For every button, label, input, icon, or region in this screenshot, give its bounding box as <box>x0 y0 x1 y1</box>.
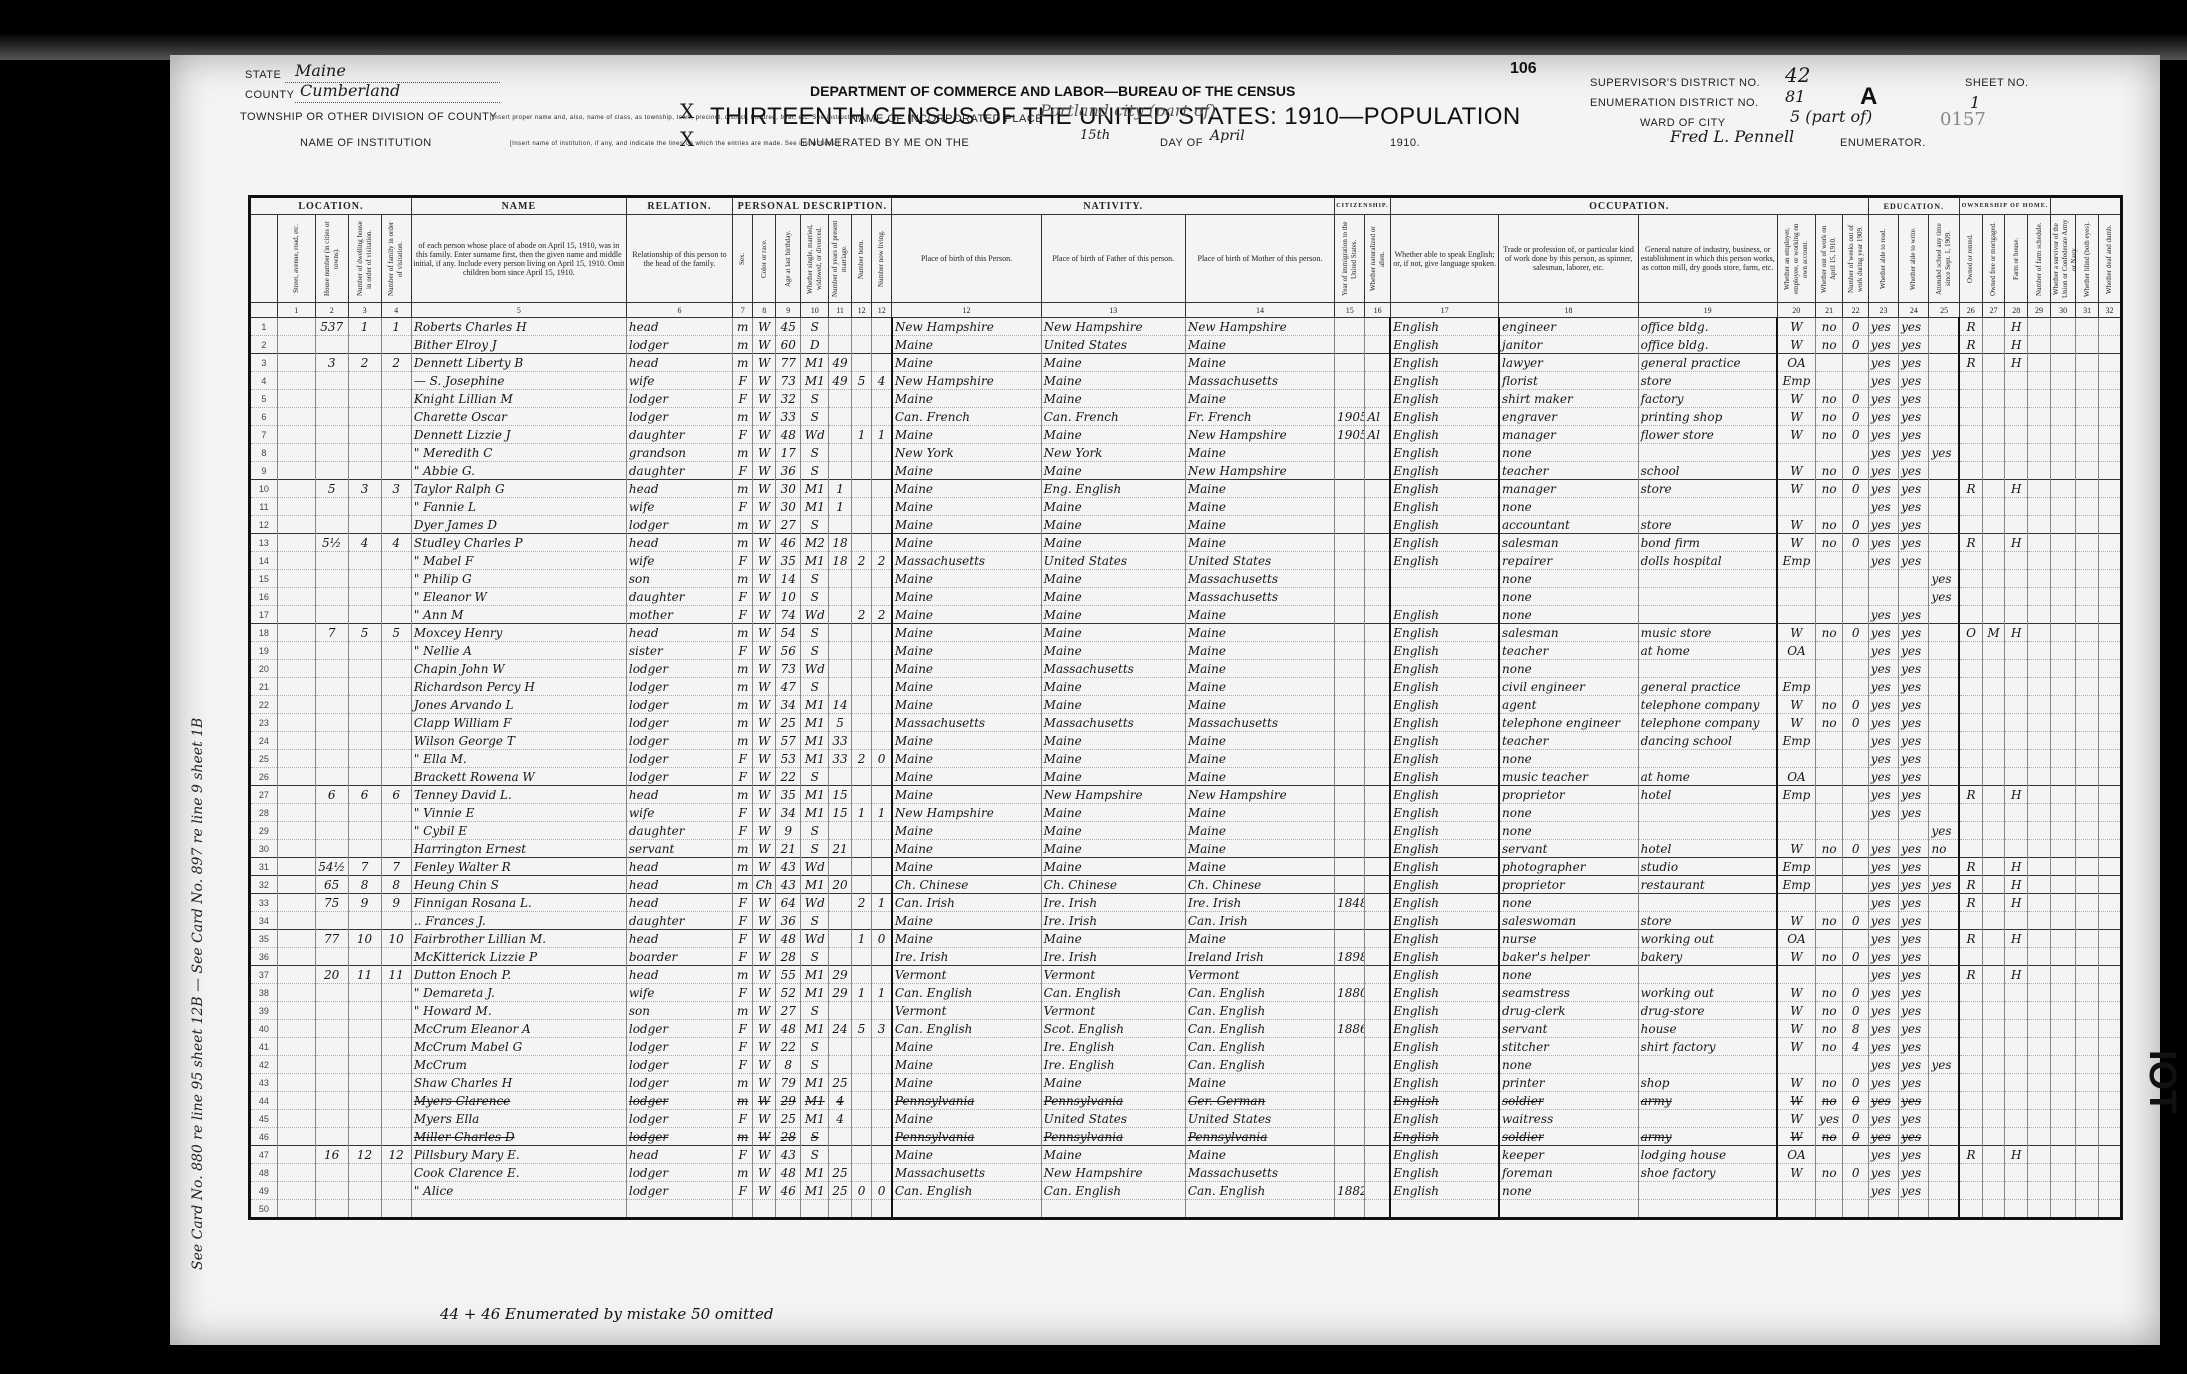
cell-trade: music teacher <box>1499 768 1638 786</box>
cell-own <box>1959 462 1982 480</box>
cell-house: 20 <box>315 966 348 984</box>
cell-own <box>1959 426 1982 444</box>
cell-free <box>1982 930 2005 948</box>
cell-age: 35 <box>776 786 801 804</box>
cell-relation: daughter <box>626 462 732 480</box>
cell-sex: m <box>733 732 753 750</box>
cell-free <box>1982 678 2005 696</box>
cell-blind <box>2076 552 2099 570</box>
cell-line: 49 <box>250 1182 278 1200</box>
cell-pob: Maine <box>892 624 1041 642</box>
cell-write: yes <box>1899 498 1929 516</box>
cell-sex: F <box>733 372 753 390</box>
cell-class: W <box>1777 912 1815 930</box>
cell-sex: m <box>733 678 753 696</box>
cell-weeks: 0 <box>1843 390 1868 408</box>
group-location: LOCATION. <box>250 197 412 215</box>
cell-pob: Pennsylvania <box>892 1092 1041 1110</box>
cell-school <box>1929 858 1959 876</box>
cell-line: 46 <box>250 1128 278 1146</box>
cell-living <box>872 462 892 480</box>
cell-read: yes <box>1868 408 1898 426</box>
cell-pob: Maine <box>892 498 1041 516</box>
cell-house: 16 <box>315 1146 348 1164</box>
cell-blind <box>2076 1200 2099 1219</box>
cell-pob_f: Maine <box>1041 588 1185 606</box>
cell-nat <box>1365 768 1390 786</box>
cell-yrs: 33 <box>829 750 852 768</box>
cell-line: 26 <box>250 768 278 786</box>
cell-nat <box>1365 1146 1390 1164</box>
cell-sex: F <box>733 1182 753 1200</box>
cell-relation: daughter <box>626 426 732 444</box>
cell-fh <box>2005 1110 2028 1128</box>
cell-born <box>851 1110 871 1128</box>
cell-read: yes <box>1868 1074 1898 1092</box>
cell-yrs <box>829 1056 852 1074</box>
cell-family <box>381 552 411 570</box>
cell-weeks <box>1843 570 1868 588</box>
cell-nat <box>1365 750 1390 768</box>
cell-age: 27 <box>776 516 801 534</box>
cell-deaf <box>2098 498 2121 516</box>
cell-family <box>381 1074 411 1092</box>
cell-weeks: 0 <box>1843 426 1868 444</box>
cell-living <box>872 318 892 336</box>
cell-trade: none <box>1499 498 1638 516</box>
cell-deaf <box>2098 1200 2121 1219</box>
cell-street <box>277 588 315 606</box>
cell-born <box>851 876 871 894</box>
cell-living <box>872 1200 892 1219</box>
cell-marital: S <box>801 1038 829 1056</box>
cell-own <box>1959 678 1982 696</box>
cell-name: McCrum <box>411 1056 626 1074</box>
cell-pob_f: Maine <box>1041 930 1185 948</box>
cell-imm <box>1335 552 1365 570</box>
cell-living <box>872 660 892 678</box>
cell-blind <box>2076 966 2099 984</box>
table-row: 15" Philip GsonmW14SMaineMaineMassachuse… <box>250 570 2122 588</box>
cell-read: yes <box>1868 840 1898 858</box>
cell-read: yes <box>1868 372 1898 390</box>
cell-line: 42 <box>250 1056 278 1074</box>
cell-industry: drug-store <box>1638 1002 1777 1020</box>
cell-out <box>1815 750 1843 768</box>
cell-nat <box>1365 912 1390 930</box>
cell-sex: m <box>733 1092 753 1110</box>
cell-race: W <box>753 966 776 984</box>
cell-house <box>315 516 348 534</box>
cell-lang: English <box>1390 336 1499 354</box>
cell-free <box>1982 480 2005 498</box>
cell-write: yes <box>1899 1056 1929 1074</box>
cell-age: 53 <box>776 750 801 768</box>
cell-sched <box>2028 408 2051 426</box>
cell-lang: English <box>1390 912 1499 930</box>
cell-pob_m: Ire. Irish <box>1185 894 1334 912</box>
cell-out: no <box>1815 390 1843 408</box>
cell-read: yes <box>1868 1128 1898 1146</box>
cell-lang: English <box>1390 1020 1499 1038</box>
cell-nat <box>1365 1092 1390 1110</box>
cell-free <box>1982 642 2005 660</box>
cell-age: 29 <box>776 1092 801 1110</box>
cell-age: 46 <box>776 534 801 552</box>
cell-living: 2 <box>872 606 892 624</box>
cell-sched <box>2028 1002 2051 1020</box>
cell-marital: S <box>801 390 829 408</box>
cell-pob_f: Vermont <box>1041 1002 1185 1020</box>
cell-fh <box>2005 606 2028 624</box>
cell-write: yes <box>1899 750 1929 768</box>
cell-family <box>381 750 411 768</box>
cell-yrs: 29 <box>829 984 852 1002</box>
cell-street <box>277 696 315 714</box>
cell-age: 10 <box>776 588 801 606</box>
cell-fh <box>2005 462 2028 480</box>
cell-dwelling: 6 <box>348 786 381 804</box>
cell-dwelling <box>348 606 381 624</box>
cell-name: Heung Chin S <box>411 876 626 894</box>
cell-industry: store <box>1638 912 1777 930</box>
cell-industry: office bldg. <box>1638 336 1777 354</box>
cell-pob: Can. French <box>892 408 1041 426</box>
cell-own <box>1959 912 1982 930</box>
cell-sched <box>2028 840 2051 858</box>
cell-own <box>1959 750 1982 768</box>
cell-pob_m: Can. Irish <box>1185 912 1334 930</box>
cell-marital: S <box>801 1146 829 1164</box>
cell-deaf <box>2098 912 2121 930</box>
cell-name: Fairbrother Lillian M. <box>411 930 626 948</box>
cell-line: 19 <box>250 642 278 660</box>
cell-weeks <box>1843 876 1868 894</box>
cell-fh <box>2005 570 2028 588</box>
cell-read: yes <box>1868 1164 1898 1182</box>
cell-house <box>315 732 348 750</box>
cell-line: 30 <box>250 840 278 858</box>
cell-nat <box>1365 624 1390 642</box>
cell-weeks <box>1843 732 1868 750</box>
cell-imm <box>1335 696 1365 714</box>
cell-free: M <box>1982 624 2005 642</box>
cell-age: 45 <box>776 318 801 336</box>
cell-write: yes <box>1899 1038 1929 1056</box>
cell-imm <box>1335 498 1365 516</box>
cell-industry: hotel <box>1638 786 1777 804</box>
cell-industry <box>1638 444 1777 462</box>
cell-street <box>277 1182 315 1200</box>
cell-race: W <box>753 732 776 750</box>
cell-sched <box>2028 552 2051 570</box>
cell-class: W <box>1777 462 1815 480</box>
cell-write: yes <box>1899 354 1929 372</box>
cell-sex: m <box>733 840 753 858</box>
cell-pob_f: Maine <box>1041 804 1185 822</box>
state-label: STATE <box>245 69 281 81</box>
cell-write: yes <box>1899 1110 1929 1128</box>
cell-age: 30 <box>776 498 801 516</box>
cell-family <box>381 1182 411 1200</box>
table-row: 44Myers ClarencelodgermW29M14Pennsylvani… <box>250 1092 2122 1110</box>
cell-free <box>1982 552 2005 570</box>
institution-instruction: [Insert name of institution, if any, and… <box>510 141 840 147</box>
scan-border-left <box>0 0 175 1374</box>
cell-yrs: 24 <box>829 1020 852 1038</box>
header-dwelling: Number of dwelling house in order of vis… <box>348 215 381 303</box>
cell-vet <box>2050 570 2075 588</box>
cell-weeks <box>1843 372 1868 390</box>
cell-house <box>315 840 348 858</box>
cell-name: Dutton Enoch P. <box>411 966 626 984</box>
cell-pob_m <box>1185 1200 1334 1219</box>
cell-race: W <box>753 660 776 678</box>
cell-industry: army <box>1638 1128 1777 1146</box>
cell-free <box>1982 768 2005 786</box>
cell-pob: Maine <box>892 516 1041 534</box>
cell-school <box>1929 642 1959 660</box>
cell-class: Emp <box>1777 372 1815 390</box>
cell-own: R <box>1959 858 1982 876</box>
cell-living <box>872 768 892 786</box>
cell-sched <box>2028 912 2051 930</box>
cell-born <box>851 732 871 750</box>
cell-street <box>277 426 315 444</box>
cell-relation: sister <box>626 642 732 660</box>
cell-family <box>381 336 411 354</box>
header-birth-self: Place of birth of this Person. <box>892 215 1041 303</box>
cell-write: yes <box>1899 930 1929 948</box>
cell-yrs <box>829 570 852 588</box>
cell-name: Studley Charles P <box>411 534 626 552</box>
cell-sex: m <box>733 480 753 498</box>
cell-school <box>1929 318 1959 336</box>
cell-yrs: 25 <box>829 1182 852 1200</box>
cell-school <box>1929 660 1959 678</box>
cell-school <box>1929 750 1959 768</box>
cell-read: yes <box>1868 1020 1898 1038</box>
cell-house <box>315 1056 348 1074</box>
cell-lang: English <box>1390 804 1499 822</box>
cell-deaf <box>2098 480 2121 498</box>
table-row: 2Bither Elroy JlodgermW60DMaineUnited St… <box>250 336 2122 354</box>
cell-trade: foreman <box>1499 1164 1638 1182</box>
cell-nat <box>1365 696 1390 714</box>
cell-out <box>1815 1182 1843 1200</box>
cell-out: yes <box>1815 1110 1843 1128</box>
cell-weeks <box>1843 678 1868 696</box>
cell-pob: Maine <box>892 336 1041 354</box>
cell-industry: bakery <box>1638 948 1777 966</box>
cell-yrs <box>829 318 852 336</box>
cell-street <box>277 678 315 696</box>
cell-read: yes <box>1868 462 1898 480</box>
cell-class: W <box>1777 390 1815 408</box>
cell-read: yes <box>1868 1056 1898 1074</box>
cell-pob_f: Maine <box>1041 822 1185 840</box>
cell-relation: daughter <box>626 588 732 606</box>
cell-deaf <box>2098 858 2121 876</box>
cell-out <box>1815 678 1843 696</box>
cell-sched <box>2028 804 2051 822</box>
table-row: 24Wilson George TlodgermW57M133MaineMain… <box>250 732 2122 750</box>
cell-pob_m: Maine <box>1185 750 1334 768</box>
cell-imm: 1886 <box>1335 1020 1365 1038</box>
header-birth-father: Place of birth of Father of this person. <box>1041 215 1185 303</box>
cell-out <box>1815 804 1843 822</box>
cell-born <box>851 678 871 696</box>
cell-class <box>1777 570 1815 588</box>
cell-pob_f: Maine <box>1041 750 1185 768</box>
cell-out: no <box>1815 336 1843 354</box>
cell-pob: Maine <box>892 606 1041 624</box>
cell-weeks <box>1843 552 1868 570</box>
cell-deaf <box>2098 966 2121 984</box>
cell-out <box>1815 1056 1843 1074</box>
cell-write: yes <box>1899 606 1929 624</box>
cell-race: W <box>753 408 776 426</box>
cell-industry: general practice <box>1638 354 1777 372</box>
table-row: 7Dennett Lizzie JdaughterFW48Wd11MaineMa… <box>250 426 2122 444</box>
cell-relation: head <box>626 318 732 336</box>
cell-trade: photographer <box>1499 858 1638 876</box>
cell-marital: M1 <box>801 804 829 822</box>
cell-pob_m: Maine <box>1185 1074 1334 1092</box>
cell-trade: none <box>1499 588 1638 606</box>
cell-pob: Maine <box>892 480 1041 498</box>
cell-lang: English <box>1390 984 1499 1002</box>
cell-street <box>277 480 315 498</box>
state-value: Maine <box>295 61 346 80</box>
cell-free <box>1982 1002 2005 1020</box>
cell-relation: lodger <box>626 1164 732 1182</box>
cell-write <box>1899 1200 1929 1219</box>
cell-relation: wife <box>626 804 732 822</box>
cell-pob: Maine <box>892 1038 1041 1056</box>
cell-industry: hotel <box>1638 840 1777 858</box>
cell-deaf <box>2098 822 2121 840</box>
cell-street <box>277 408 315 426</box>
cell-line: 8 <box>250 444 278 462</box>
cell-class <box>1777 606 1815 624</box>
cell-dwelling: 12 <box>348 1146 381 1164</box>
cell-school <box>1929 984 1959 1002</box>
cell-deaf <box>2098 336 2121 354</box>
cell-blind <box>2076 480 2099 498</box>
cell-nat <box>1365 354 1390 372</box>
cell-sex: m <box>733 318 753 336</box>
cell-nat <box>1365 732 1390 750</box>
cell-imm <box>1335 1002 1365 1020</box>
cell-pob: Can. English <box>892 1020 1041 1038</box>
cell-pob_m: Maine <box>1185 1146 1334 1164</box>
cell-sex: F <box>733 1020 753 1038</box>
cell-out <box>1815 552 1843 570</box>
cell-race: W <box>753 948 776 966</box>
cell-deaf <box>2098 768 2121 786</box>
cell-sched <box>2028 372 2051 390</box>
cell-pob_m: Maine <box>1185 804 1334 822</box>
cell-pob: Massachusetts <box>892 1164 1041 1182</box>
cell-weeks <box>1843 822 1868 840</box>
cell-read: yes <box>1868 606 1898 624</box>
cell-house <box>315 1164 348 1182</box>
cell-read: yes <box>1868 318 1898 336</box>
cell-pob_f: Ire. Irish <box>1041 912 1185 930</box>
cell-pob_f: New Hampshire <box>1041 1164 1185 1182</box>
enumerator-label: ENUMERATOR. <box>1840 137 1926 149</box>
cell-lang: English <box>1390 1182 1499 1200</box>
cell-trade: engraver <box>1499 408 1638 426</box>
cell-name: " Eleanor W <box>411 588 626 606</box>
cell-lang: English <box>1390 858 1499 876</box>
cell-age: 48 <box>776 1020 801 1038</box>
cell-weeks <box>1843 750 1868 768</box>
cell-family: 5 <box>381 624 411 642</box>
cell-class: W <box>1777 714 1815 732</box>
cell-pob_f: Maine <box>1041 858 1185 876</box>
cell-dwelling <box>348 948 381 966</box>
cell-relation: boarder <box>626 948 732 966</box>
cell-name: Shaw Charles H <box>411 1074 626 1092</box>
cell-line: 44 <box>250 1092 278 1110</box>
cell-house: 54½ <box>315 858 348 876</box>
cell-lang: English <box>1390 480 1499 498</box>
cell-blind <box>2076 660 2099 678</box>
cell-sched <box>2028 768 2051 786</box>
cell-living <box>872 840 892 858</box>
cell-race: W <box>753 336 776 354</box>
cell-dwelling <box>348 1110 381 1128</box>
cell-family <box>381 768 411 786</box>
cell-pob: Maine <box>892 732 1041 750</box>
table-row: 22Jones Arvando LlodgermW34M114MaineMain… <box>250 696 2122 714</box>
cell-marital: M1 <box>801 1110 829 1128</box>
cell-pob_m: Maine <box>1185 336 1334 354</box>
cell-born <box>851 1002 871 1020</box>
cell-free <box>1982 1020 2005 1038</box>
cell-vet <box>2050 588 2075 606</box>
cell-industry <box>1638 1110 1777 1128</box>
cell-line: 39 <box>250 1002 278 1020</box>
cell-out: no <box>1815 984 1843 1002</box>
cell-school <box>1929 354 1959 372</box>
cell-name: Bither Elroy J <box>411 336 626 354</box>
cell-living <box>872 966 892 984</box>
cell-nat <box>1365 1020 1390 1038</box>
cell-family <box>381 588 411 606</box>
cell-pob: Maine <box>892 462 1041 480</box>
cell-pob_m: Can. English <box>1185 1002 1334 1020</box>
cell-marital: M1 <box>801 1164 829 1182</box>
cell-sched <box>2028 426 2051 444</box>
cell-free <box>1982 984 2005 1002</box>
cell-vet <box>2050 372 2075 390</box>
cell-sex: F <box>733 804 753 822</box>
table-row: 10533Taylor Ralph GheadmW30M11MaineEng. … <box>250 480 2122 498</box>
cell-weeks: 0 <box>1843 480 1868 498</box>
cell-nat <box>1365 498 1390 516</box>
cell-vet <box>2050 876 2075 894</box>
cell-age: 79 <box>776 1074 801 1092</box>
cell-dwelling <box>348 516 381 534</box>
cell-school <box>1929 966 1959 984</box>
cell-write: yes <box>1899 1146 1929 1164</box>
cell-own: R <box>1959 966 1982 984</box>
cell-class: W <box>1777 624 1815 642</box>
cell-name: Finnigan Rosana L. <box>411 894 626 912</box>
